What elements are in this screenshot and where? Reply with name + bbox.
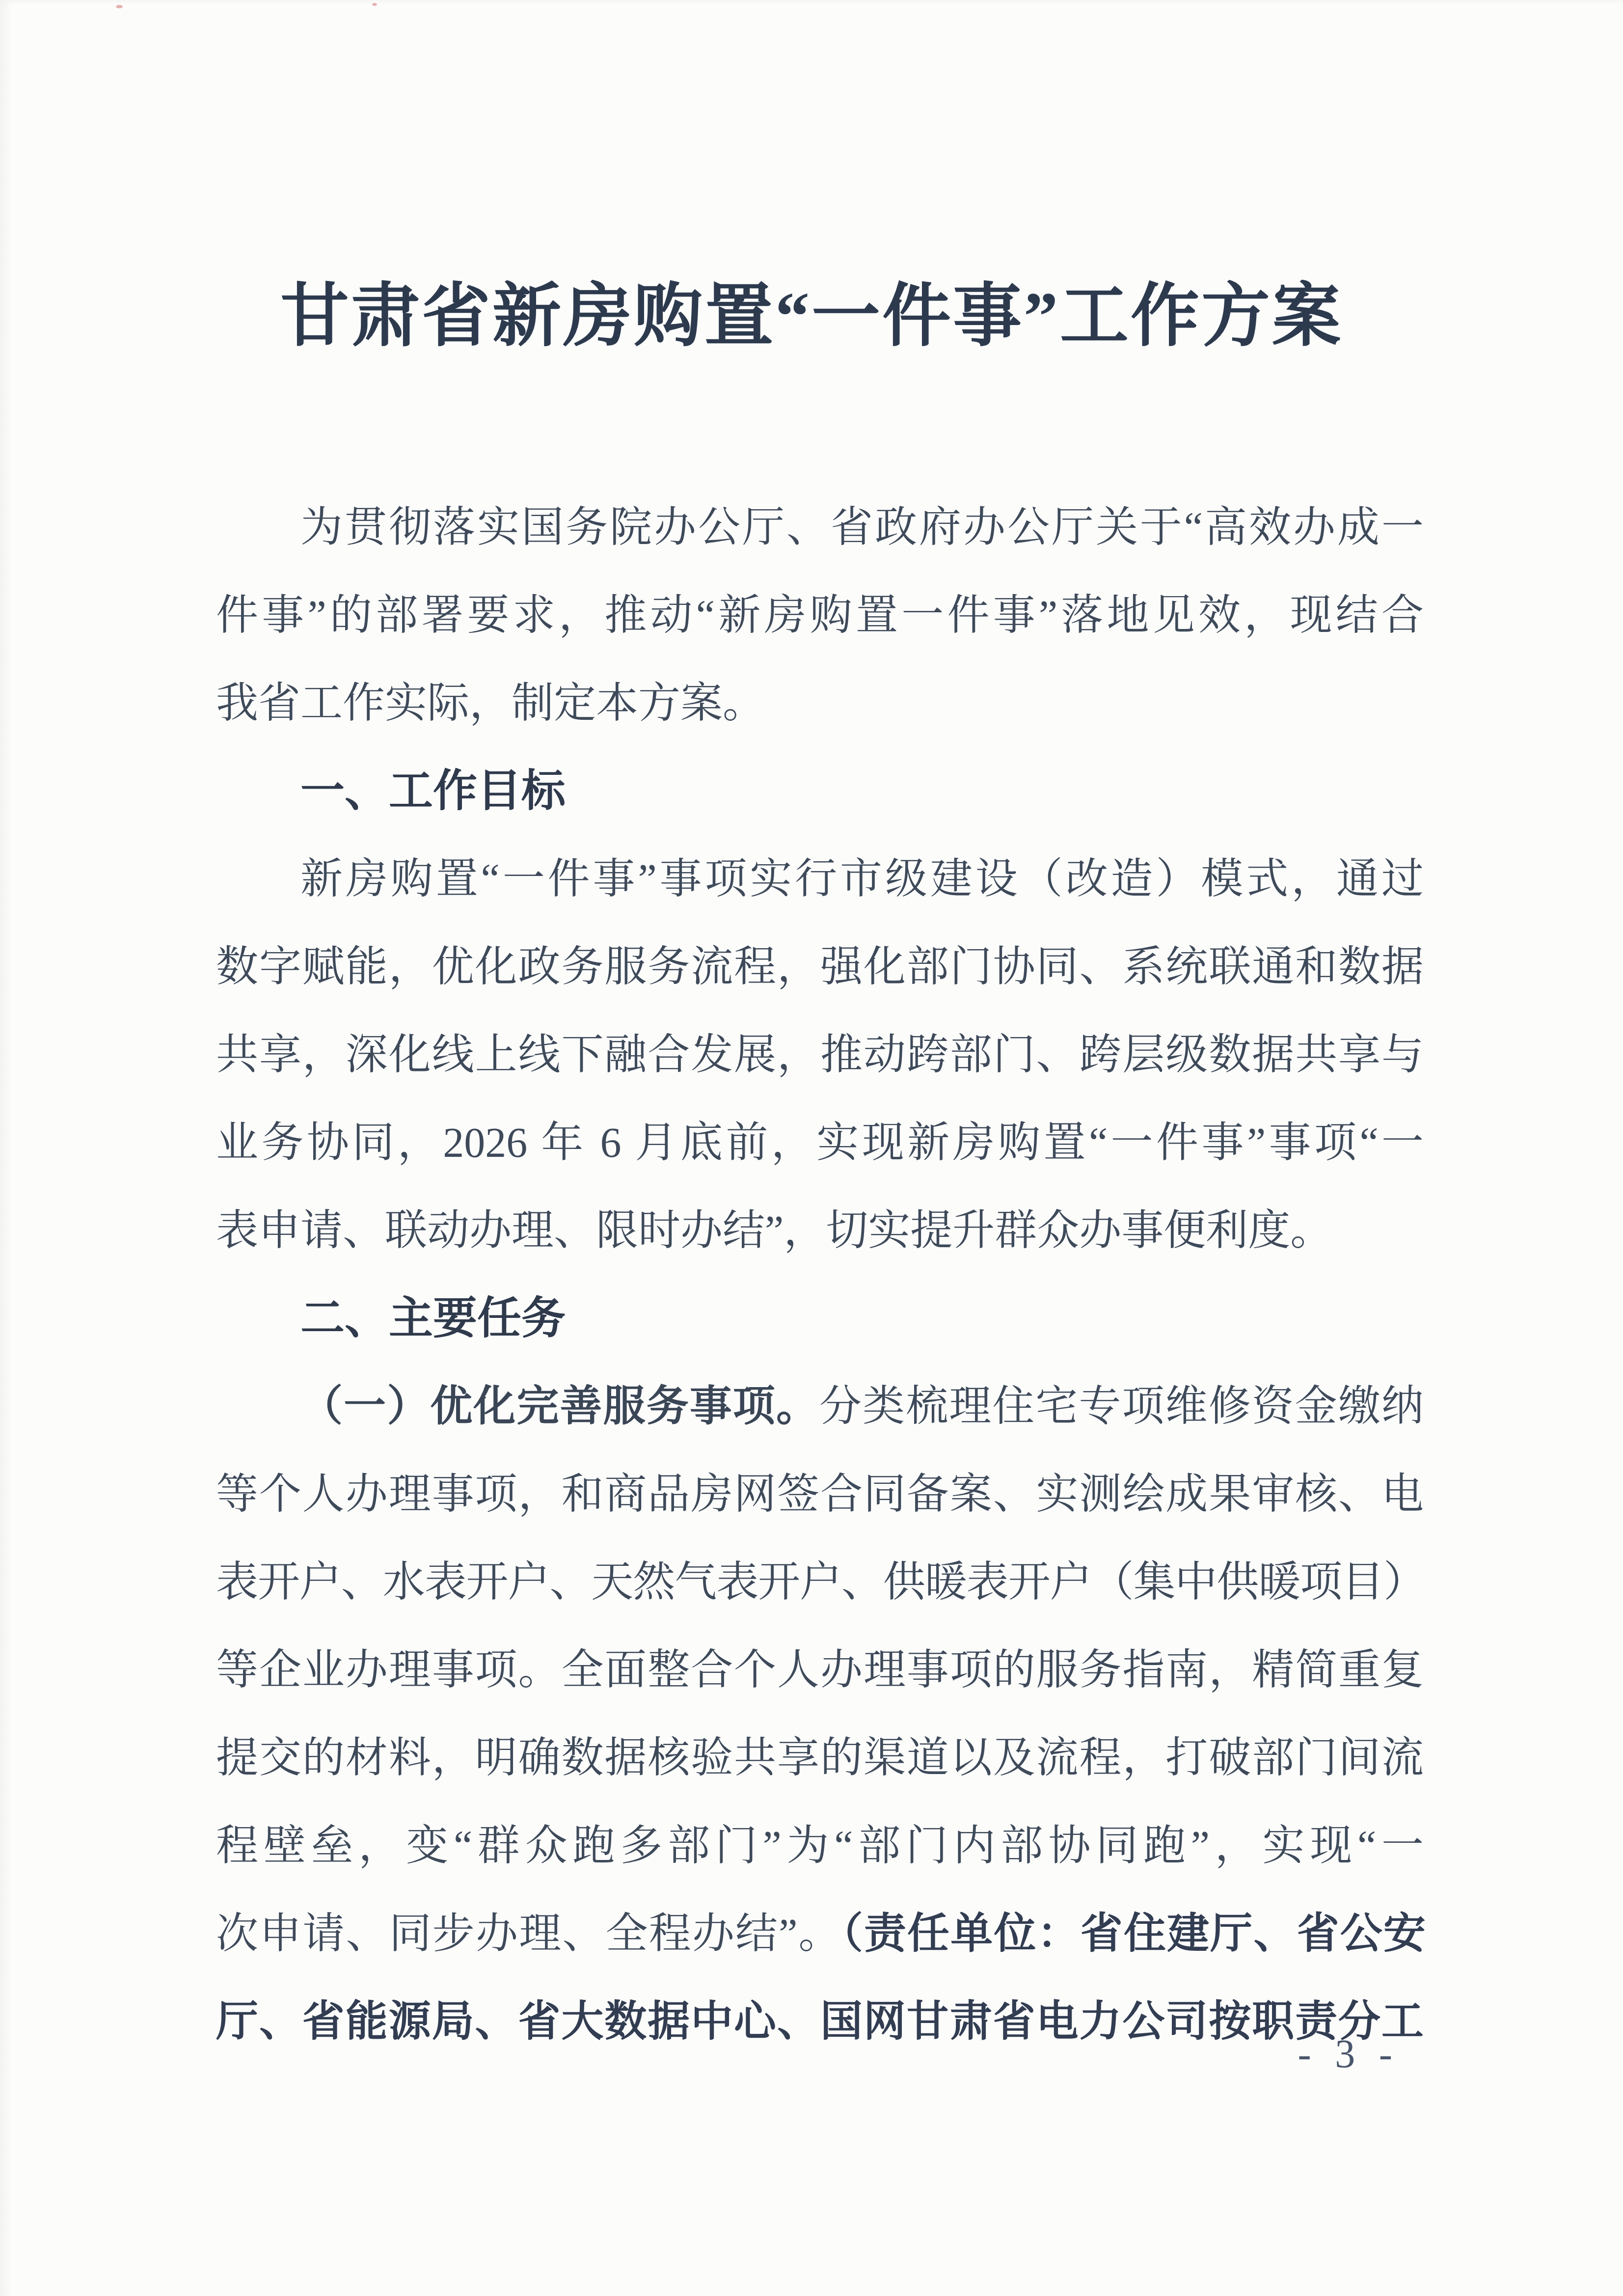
paragraph-text: 等个人办理事项，和商品房网签合同备案、实测绘成果审核、电 <box>216 1471 1424 1518</box>
paragraph-3-line-8: 厅、省能源局、省大数据中心、国网甘肃省电力公司按职责分工 <box>216 1978 1424 2066</box>
section-heading-1: 一、工作目标 <box>216 747 1424 835</box>
paragraph-text: 我省工作实际，制定本方案。 <box>216 680 765 727</box>
paragraph-1-line-2: 件事”的部署要求，推动“新房购置一件事”落地见效，现结合 <box>216 572 1424 659</box>
paragraph-text: 共享，深化线上线下融合发展，推动跨部门、跨层级数据共享与 <box>216 1031 1424 1078</box>
heading-text: 二、主要任务 <box>300 1294 566 1343</box>
paragraph-3-line-2: 等个人办理事项，和商品房网签合同备案、实测绘成果审核、电 <box>216 1450 1424 1538</box>
paragraph-text: 表开户、水表开户、天然气表开户、供暖表开户（集中供暖项目） <box>216 1558 1424 1606</box>
paragraph-text: 次申请、同步办理、全程办结”。 <box>216 1910 842 1957</box>
paragraph-text: 提交的材料，明确数据核验共享的渠道以及流程，打破部门间流 <box>216 1734 1424 1781</box>
document-body: 为贯彻落实国务院办公厅、省政府办公厅关于“高效办成一 件事”的部署要求，推动“新… <box>216 484 1424 2066</box>
paragraph-3-line-7: 次申请、同步办理、全程办结”。（责任单位：省住建厅、省公安 <box>216 1890 1424 1978</box>
paragraph-3-line-5: 提交的材料，明确数据核验共享的渠道以及流程，打破部门间流 <box>216 1714 1424 1802</box>
paragraph-text: 程壁垒，变“群众跑多部门”为“部门内部协同跑”，实现“一 <box>216 1822 1424 1869</box>
responsible-units-text: （责任单位：省住建厅、省公安 <box>842 1910 1424 1957</box>
paragraph-2-line-3: 共享，深化线上线下融合发展，推动跨部门、跨层级数据共享与 <box>216 1011 1424 1099</box>
scan-artifact-speck <box>116 5 123 8</box>
paragraph-text: 数字赋能，优化政务服务流程，强化部门协同、系统联通和数据 <box>216 943 1424 990</box>
page-number: - 3 - <box>1298 2027 1399 2081</box>
document-page: 甘肃省新房购置“一件事”工作方案 为贯彻落实国务院办公厅、省政府办公厅关于“高效… <box>0 0 1623 2296</box>
heading-text: 一、工作目标 <box>300 766 566 816</box>
paragraph-text: 表申请、联动办理、限时办结”，切实提升群众办事便利度。 <box>216 1207 1332 1254</box>
section-heading-2: 二、主要任务 <box>216 1275 1424 1363</box>
scan-edge-shadow-top <box>0 0 1623 5</box>
paragraph-text: 等企业办理事项。全面整合个人办理事项的服务指南，精简重复 <box>216 1646 1424 1694</box>
scan-artifact-speck <box>372 3 377 6</box>
responsible-units-text: 厅、省能源局、省大数据中心、国网甘肃省电力公司按职责分工 <box>216 1998 1424 2045</box>
paragraph-3-line-4: 等企业办理事项。全面整合个人办理事项的服务指南，精简重复 <box>216 1626 1424 1714</box>
item-title-text: （一）优化完善服务事项。 <box>300 1383 819 1430</box>
paragraph-2-line-5: 表申请、联动办理、限时办结”，切实提升群众办事便利度。 <box>216 1187 1424 1275</box>
paragraph-2-line-2: 数字赋能，优化政务服务流程，强化部门协同、系统联通和数据 <box>216 923 1424 1011</box>
paragraph-3-line-1: （一）优化完善服务事项。分类梳理住宅专项维修资金缴纳 <box>216 1363 1424 1450</box>
paragraph-3-line-3: 表开户、水表开户、天然气表开户、供暖表开户（集中供暖项目） <box>216 1538 1424 1626</box>
document-title: 甘肃省新房购置“一件事”工作方案 <box>0 268 1623 366</box>
paragraph-text: 业务协同，2026 年 6 月底前，实现新房购置“一件事”事项“一 <box>216 1119 1424 1166</box>
paragraph-text: 新房购置“一件事”事项实行市级建设（改造）模式，通过 <box>300 855 1424 902</box>
paragraph-2-line-1: 新房购置“一件事”事项实行市级建设（改造）模式，通过 <box>216 835 1424 923</box>
paragraph-1-line-1: 为贯彻落实国务院办公厅、省政府办公厅关于“高效办成一 <box>216 484 1424 572</box>
paragraph-2-line-4: 业务协同，2026 年 6 月底前，实现新房购置“一件事”事项“一 <box>216 1099 1424 1187</box>
paragraph-text: 为贯彻落实国务院办公厅、省政府办公厅关于“高效办成一 <box>300 504 1424 551</box>
paragraph-3-line-6: 程壁垒，变“群众跑多部门”为“部门内部协同跑”，实现“一 <box>216 1802 1424 1890</box>
paragraph-text: 分类梳理住宅专项维修资金缴纳 <box>819 1383 1424 1430</box>
paragraph-1-line-3: 我省工作实际，制定本方案。 <box>216 659 1424 747</box>
paragraph-text: 件事”的部署要求，推动“新房购置一件事”落地见效，现结合 <box>216 592 1424 639</box>
